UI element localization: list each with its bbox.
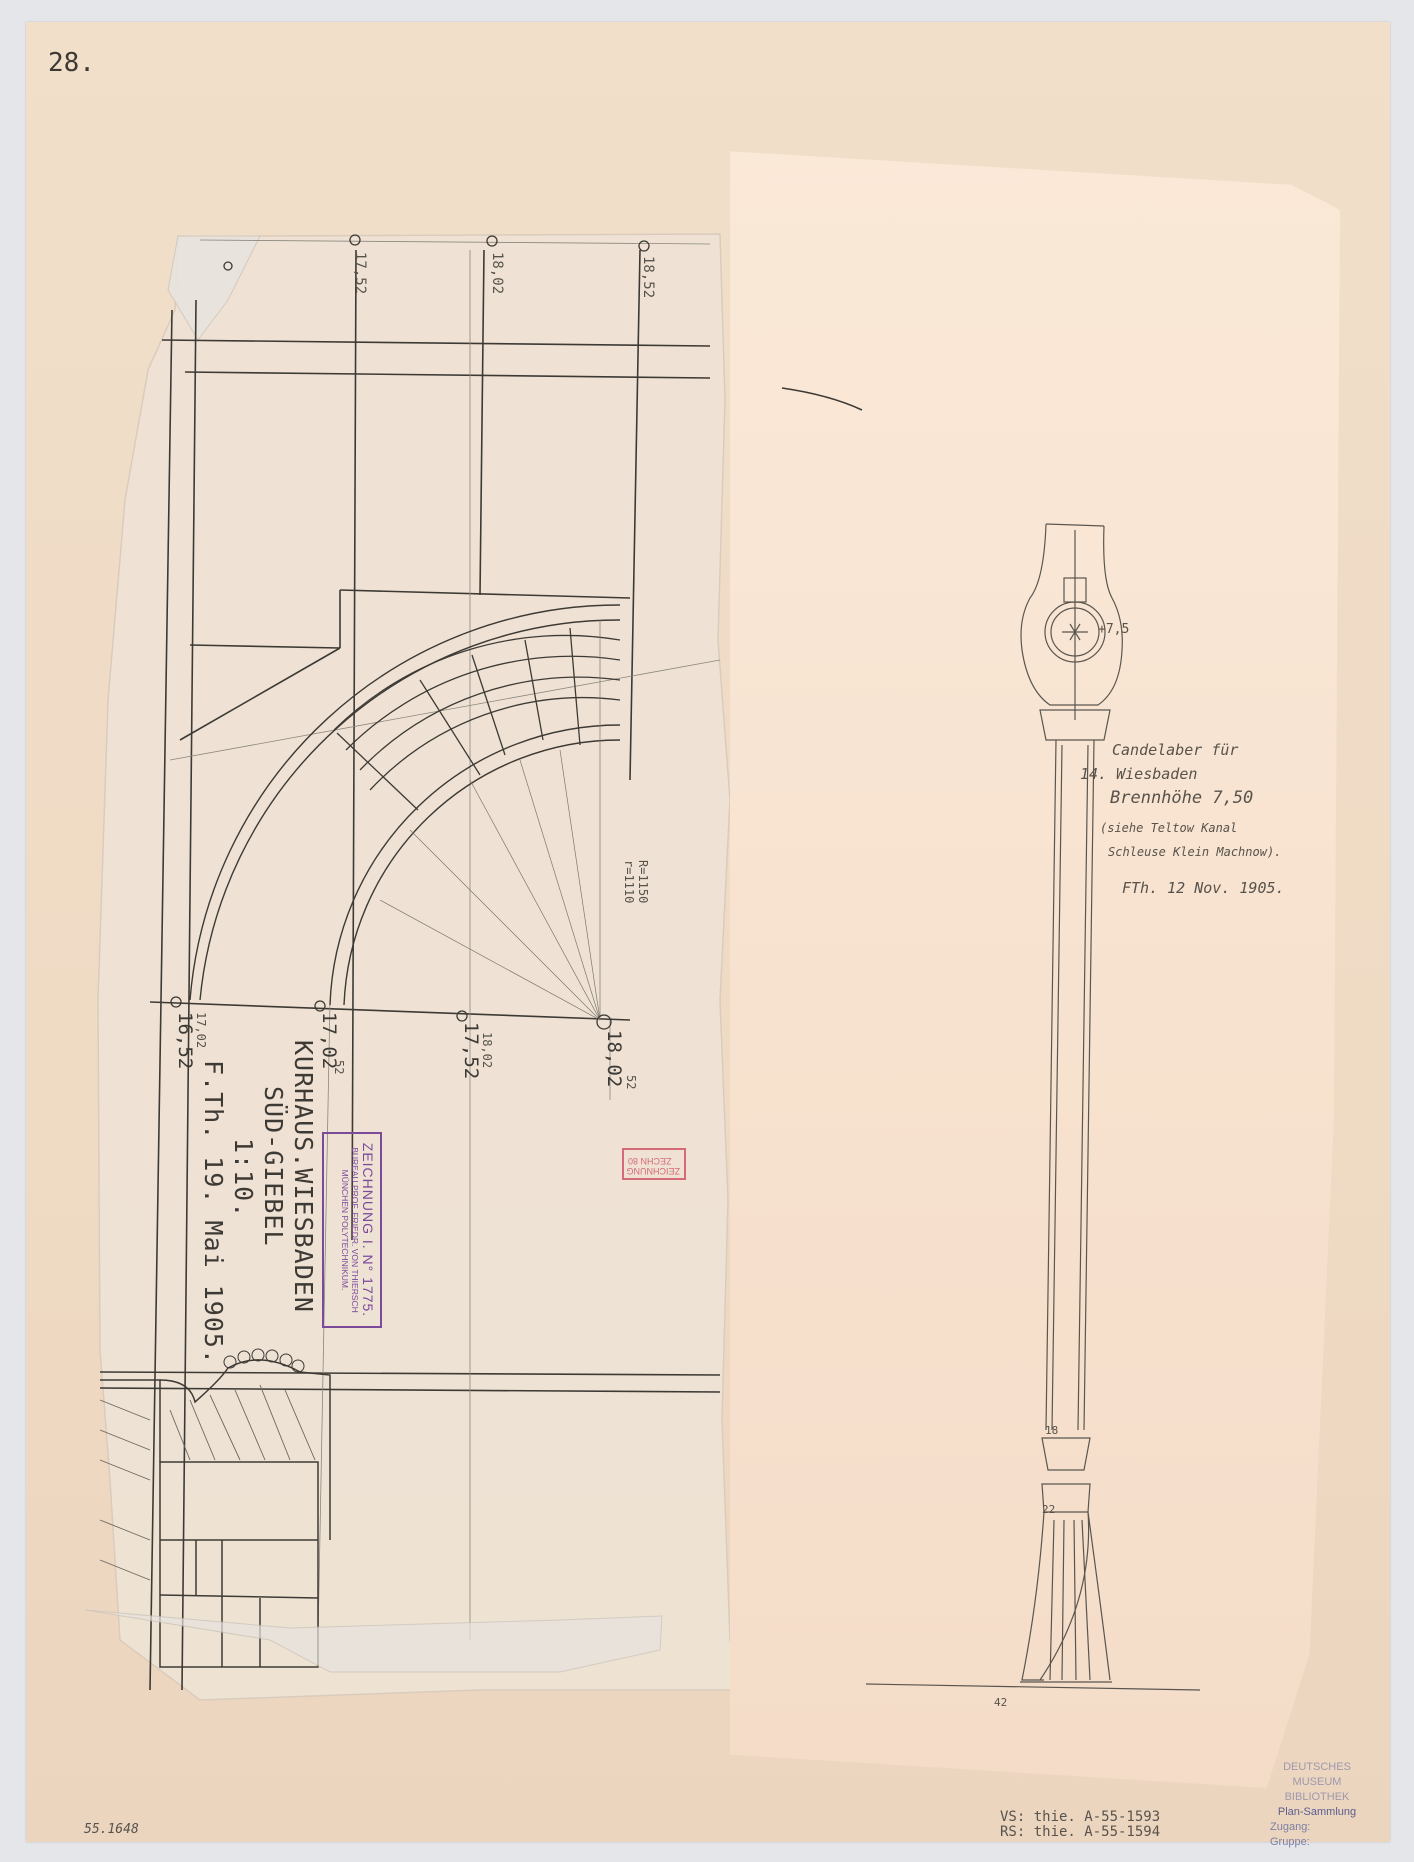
inventory-number: 55.1648	[84, 1822, 139, 1837]
candelabra-drawing	[0, 0, 1414, 1862]
base-dimension: 42	[994, 1696, 1007, 1709]
lantern-dimension: +7,5	[1098, 622, 1129, 637]
shaft-dimension: 18	[1045, 1424, 1058, 1437]
shelfmark-notes: VS: thie. A-55-1593 RS: thie. A-55-1594	[1000, 1810, 1160, 1840]
collar-dimension: 22	[1042, 1503, 1055, 1516]
deutsches-museum-stamp: DEUTSCHES MUSEUM BIBLIOTHEK Plan-Sammlun…	[1262, 1760, 1372, 1850]
candelabra-annotation: Candelaber für 14. Wiesbaden Brennhöhe 7…	[1080, 738, 1285, 900]
